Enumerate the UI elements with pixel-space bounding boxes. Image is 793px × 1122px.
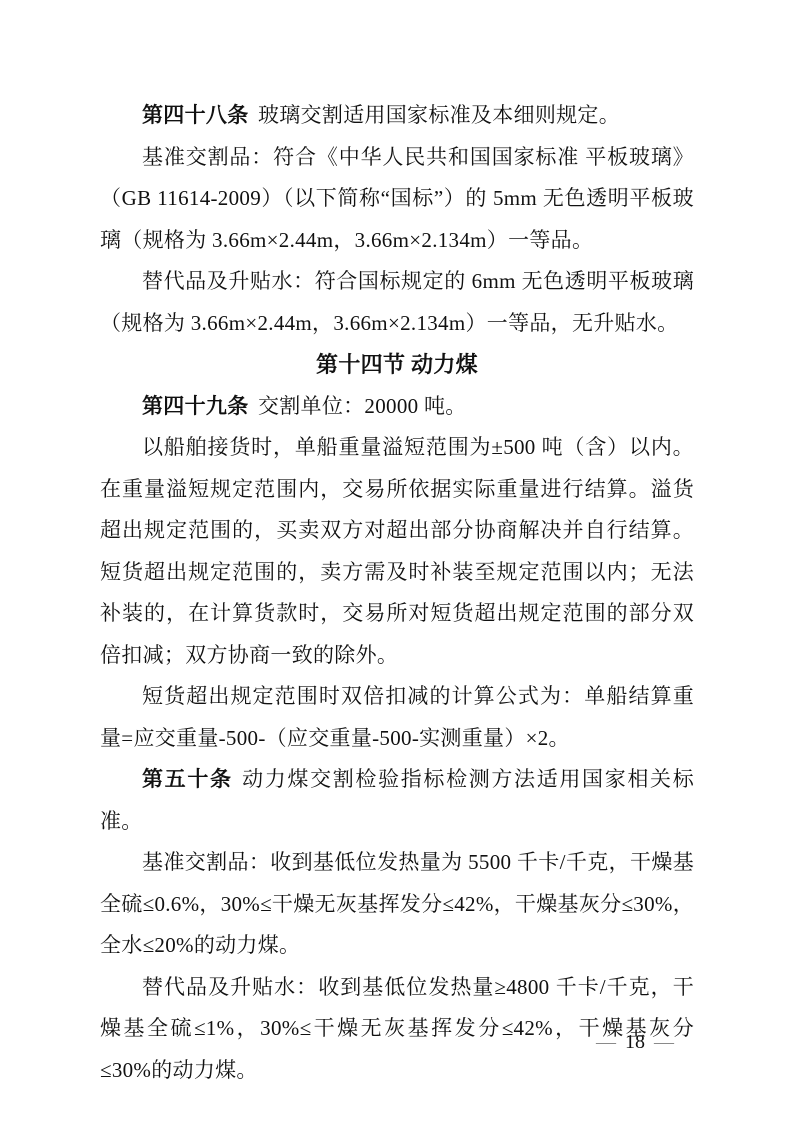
- paragraph-text: 交割单位：20000 吨。: [258, 394, 467, 418]
- article-number-48: 第四十八条: [142, 103, 249, 127]
- document-body: 第四十八条玻璃交割适用国家标准及本细则规定。 基准交割品：符合《中华人民共和国国…: [100, 95, 694, 1091]
- page-number: 18: [625, 1031, 645, 1053]
- paragraph-text: 替代品及升贴水：收到基低位发热量≥4800 千卡/千克，干燥基全硫≤1%，30%…: [100, 975, 694, 1082]
- document-page: 第四十八条玻璃交割适用国家标准及本细则规定。 基准交割品：符合《中华人民共和国国…: [0, 0, 793, 1122]
- paragraph-ship-weight-tolerance: 以船舶接货时，单船重量溢短范围为±500 吨（含）以内。在重量溢短规定范围内，交…: [100, 427, 694, 676]
- article-number-49: 第四十九条: [142, 394, 249, 418]
- paragraph-text: 基准交割品：符合《中华人民共和国国家标准 平板玻璃》（GB 11614-2009…: [100, 145, 694, 252]
- paragraph-article-50: 第五十条动力煤交割检验指标检测方法适用国家相关标准。: [100, 759, 694, 842]
- article-number-50: 第五十条: [142, 767, 233, 791]
- paragraph-article-49: 第四十九条交割单位：20000 吨。: [100, 386, 694, 428]
- paragraph-text: 替代品及升贴水：符合国标规定的 6mm 无色透明平板玻璃（规格为 3.66m×2…: [100, 269, 694, 335]
- paragraph-benchmark-glass: 基准交割品：符合《中华人民共和国国家标准 平板玻璃》（GB 11614-2009…: [100, 137, 694, 262]
- paragraph-text: 短货超出规定范围时双倍扣减的计算公式为：单船结算重量=应交重量-500-（应交重…: [100, 684, 694, 750]
- paragraph-text: 玻璃交割适用国家标准及本细则规定。: [258, 103, 620, 127]
- page-footer: —18—: [596, 1029, 674, 1055]
- footer-dash-left: —: [596, 1031, 616, 1053]
- section-heading-thermal-coal: 第十四节 动力煤: [100, 344, 694, 386]
- paragraph-substitute-glass: 替代品及升贴水：符合国标规定的 6mm 无色透明平板玻璃（规格为 3.66m×2…: [100, 261, 694, 344]
- paragraph-text: 以船舶接货时，单船重量溢短范围为±500 吨（含）以内。在重量溢短规定范围内，交…: [100, 435, 694, 667]
- paragraph-deduction-formula: 短货超出规定范围时双倍扣减的计算公式为：单船结算重量=应交重量-500-（应交重…: [100, 676, 694, 759]
- paragraph-benchmark-coal: 基准交割品：收到基低位发热量为 5500 千卡/千克，干燥基全硫≤0.6%，30…: [100, 842, 694, 967]
- footer-dash-right: —: [654, 1031, 674, 1053]
- paragraph-text: 基准交割品：收到基低位发热量为 5500 千卡/千克，干燥基全硫≤0.6%，30…: [100, 850, 694, 957]
- paragraph-article-48: 第四十八条玻璃交割适用国家标准及本细则规定。: [100, 95, 694, 137]
